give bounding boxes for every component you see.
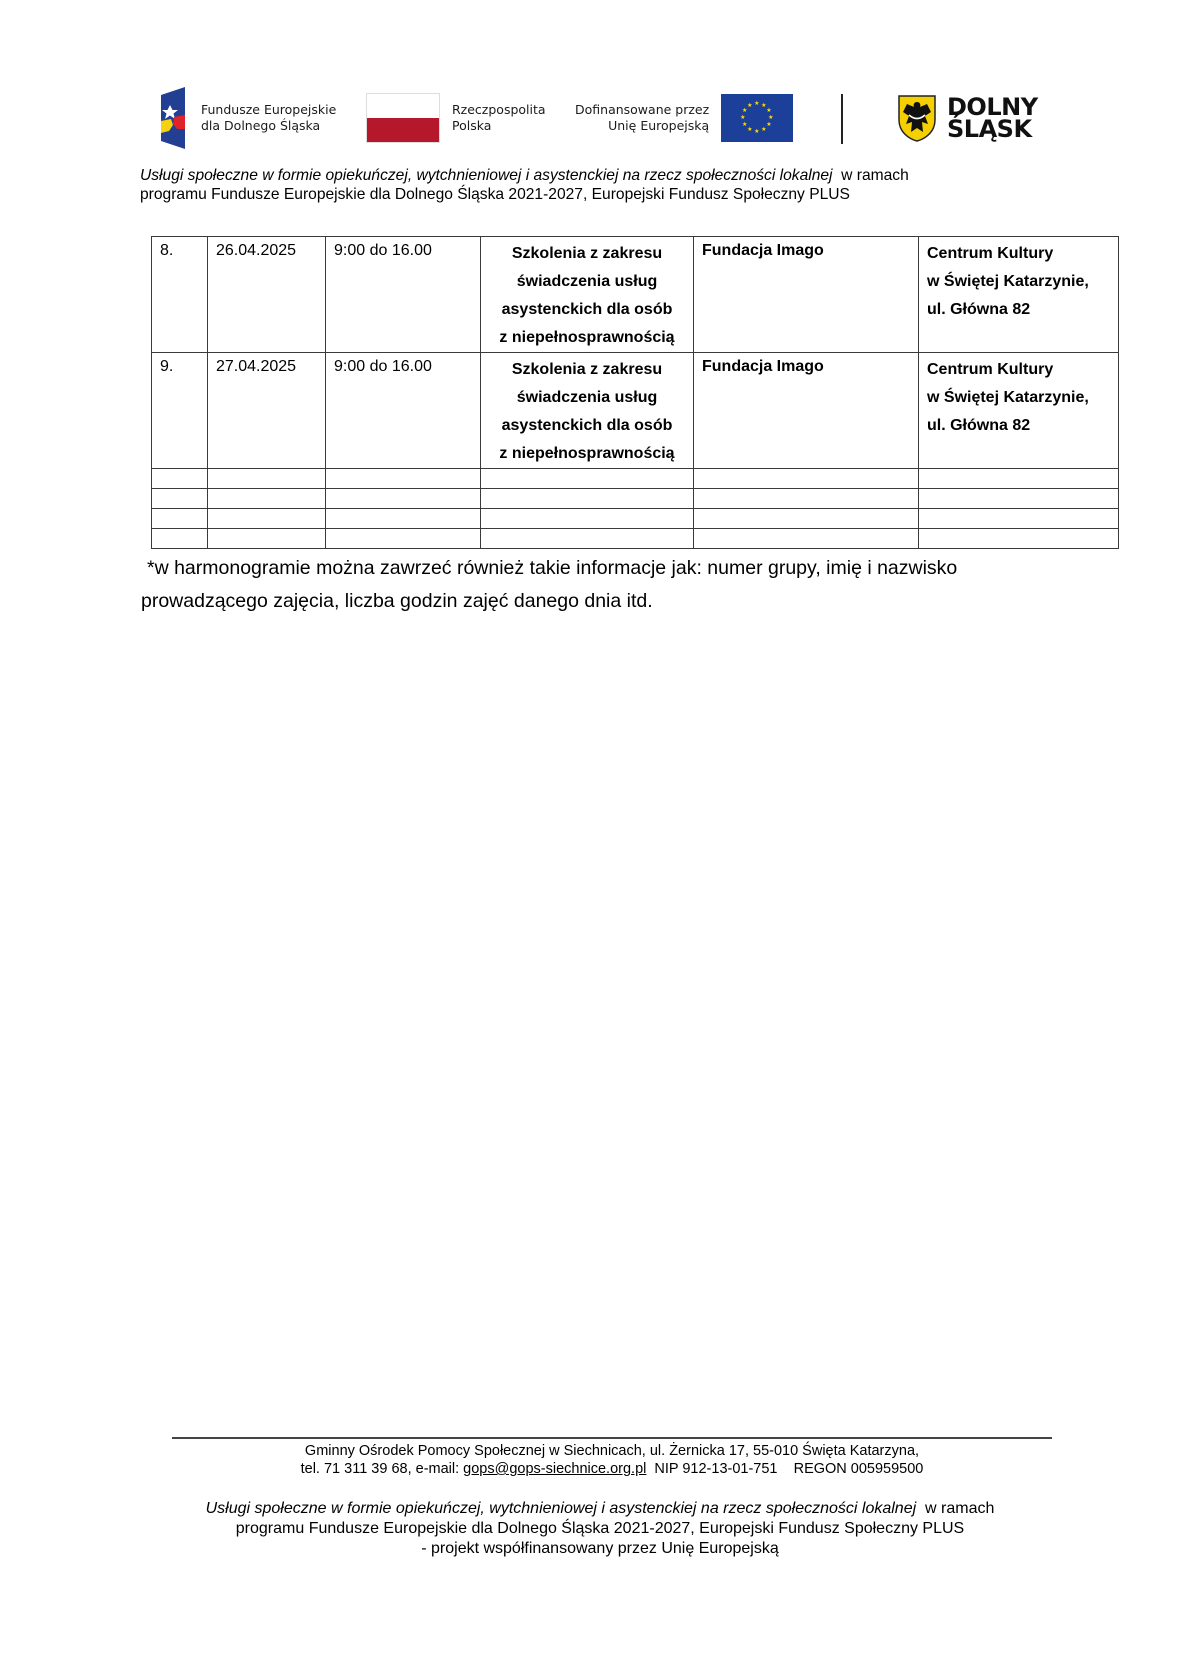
cell-topic-line: świadczenia usług xyxy=(489,268,685,296)
empty-cell xyxy=(208,489,326,509)
cell-date: 26.04.2025 xyxy=(208,237,326,353)
eu-star-icon: ★ xyxy=(761,127,766,133)
empty-cell xyxy=(152,529,208,549)
ds-logo-line2: ŚLĄSK xyxy=(947,118,1038,140)
eu-star-icon: ★ xyxy=(740,115,745,121)
eu-star-icon: ★ xyxy=(768,115,773,121)
empty-cell xyxy=(208,529,326,549)
footer-tel: tel. 71 311 39 68, e-mail: xyxy=(301,1461,464,1477)
cell-organizer: Fundacja Imago xyxy=(694,237,919,353)
footer-contact: Gminny Ośrodek Pomocy Społecznej w Siech… xyxy=(172,1442,1052,1478)
polish-flag-icon xyxy=(366,93,440,143)
empty-cell xyxy=(208,509,326,529)
cell-topic-line: świadczenia usług xyxy=(489,384,685,412)
note-line2: prowadzącego zajęcia, liczba godzin zaję… xyxy=(141,585,1101,618)
footer-project-line2: programu Fundusze Europejskie dla Dolneg… xyxy=(140,1519,1060,1539)
eu-flag-icon: ★★★★★★★★★★★★ xyxy=(721,94,793,142)
eu-star-icon: ★ xyxy=(747,127,752,133)
cell-time: 9:00 do 16.00 xyxy=(326,237,481,353)
cell-date: 27.04.2025 xyxy=(208,353,326,469)
fe-logo-line2: dla Dolnego Śląska xyxy=(201,118,336,134)
empty-cell xyxy=(481,489,694,509)
empty-cell xyxy=(481,529,694,549)
cell-number: 9. xyxy=(152,353,208,469)
dolny-slask-logo: DOLNY ŚLĄSK xyxy=(897,84,1038,152)
pl-logo-line1: Rzeczpospolita xyxy=(452,102,546,118)
empty-cell xyxy=(326,509,481,529)
empty-cell xyxy=(152,489,208,509)
cell-topic-line: asystenckich dla osób xyxy=(489,296,685,324)
empty-cell xyxy=(326,469,481,489)
empty-cell xyxy=(152,509,208,529)
eu-star-icon: ★ xyxy=(742,108,747,114)
cell-place-line: w Świętej Katarzynie, xyxy=(927,268,1110,296)
empty-table-row xyxy=(152,489,1119,509)
fundusze-europejskie-logo: Fundusze Europejskie dla Dolnego Śląska xyxy=(157,84,336,152)
empty-cell xyxy=(152,469,208,489)
empty-cell xyxy=(208,469,326,489)
footer-divider xyxy=(172,1437,1052,1439)
eu-star-icon: ★ xyxy=(766,108,771,114)
cell-topic-line: Szkolenia z zakresu xyxy=(489,240,685,268)
cell-topic-line: z niepełnosprawnością xyxy=(489,440,685,468)
logo-divider xyxy=(841,94,843,144)
dolny-slask-coat-of-arms-icon xyxy=(897,94,937,142)
cell-place-line: Centrum Kultury xyxy=(927,356,1110,384)
logo-bar: Fundusze Europejskie dla Dolnego Śląska … xyxy=(150,84,1050,152)
eu-star-icon: ★ xyxy=(754,129,759,135)
empty-cell xyxy=(694,469,919,489)
empty-cell xyxy=(694,529,919,549)
cell-topic-line: z niepełnosprawnością xyxy=(489,324,685,352)
cell-place: Centrum Kulturyw Świętej Katarzynie,ul. … xyxy=(919,237,1119,353)
empty-cell xyxy=(919,469,1119,489)
empty-cell xyxy=(919,529,1119,549)
empty-cell xyxy=(919,489,1119,509)
footer-project-regular: w ramach xyxy=(916,1500,994,1517)
cell-place-line: w Świętej Katarzynie, xyxy=(927,384,1110,412)
table-row: 9.27.04.20259:00 do 16.00Szkolenia z zak… xyxy=(152,353,1119,469)
empty-cell xyxy=(919,509,1119,529)
fundusze-europejskie-icon xyxy=(157,87,187,149)
eu-cofinancing-logo: Dofinansowane przez Unię Europejską ★★★★… xyxy=(575,84,793,152)
fe-logo-line1: Fundusze Europejskie xyxy=(201,102,336,118)
cell-place-line: Centrum Kultury xyxy=(927,240,1110,268)
footer-email-link[interactable]: gops@gops-siechnice.org.pl xyxy=(463,1461,646,1477)
empty-cell xyxy=(481,469,694,489)
eu-star-icon: ★ xyxy=(742,122,747,128)
rzeczpospolita-polska-logo: Rzeczpospolita Polska xyxy=(366,84,546,152)
footer-project-line3: - projekt współfinansowany przez Unię Eu… xyxy=(140,1539,1060,1559)
header-regular-text: w ramach xyxy=(833,167,909,184)
eu-logo-line2: Unię Europejską xyxy=(575,118,709,134)
cell-number: 8. xyxy=(152,237,208,353)
footer-address: Gminny Ośrodek Pomocy Społecznej w Siech… xyxy=(172,1442,1052,1460)
header-line2: programu Fundusze Europejskie dla Dolneg… xyxy=(140,185,1060,204)
empty-cell xyxy=(694,489,919,509)
footer-project-italic: Usługi społeczne w formie opiekuńczej, w… xyxy=(206,1500,917,1517)
eu-star-icon: ★ xyxy=(754,101,759,107)
empty-cell xyxy=(326,489,481,509)
footer-project-info: Usługi społeczne w formie opiekuńczej, w… xyxy=(140,1499,1060,1559)
footer-nip-regon: NIP 912-13-01-751 REGON 005959500 xyxy=(646,1461,923,1477)
eu-star-icon: ★ xyxy=(766,122,771,128)
eu-logo-line1: Dofinansowane przez xyxy=(575,102,709,118)
cell-topic: Szkolenia z zakresuświadczenia usługasys… xyxy=(481,353,694,469)
note-line1: *w harmonogramie można zawrzeć również t… xyxy=(141,552,1101,585)
schedule-note: *w harmonogramie można zawrzeć również t… xyxy=(141,552,1101,618)
cell-place-line: ul. Główna 82 xyxy=(927,412,1110,440)
cell-place: Centrum Kulturyw Świętej Katarzynie,ul. … xyxy=(919,353,1119,469)
cell-topic-line: Szkolenia z zakresu xyxy=(489,356,685,384)
cell-time: 9:00 do 16.00 xyxy=(326,353,481,469)
project-header: Usługi społeczne w formie opiekuńczej, w… xyxy=(140,166,1060,204)
schedule-table: 8.26.04.20259:00 do 16.00Szkolenia z zak… xyxy=(151,236,1119,549)
cell-organizer: Fundacja Imago xyxy=(694,353,919,469)
cell-place-line: ul. Główna 82 xyxy=(927,296,1110,324)
header-italic-text: Usługi społeczne w formie opiekuńczej, w… xyxy=(140,167,833,184)
table-row: 8.26.04.20259:00 do 16.00Szkolenia z zak… xyxy=(152,237,1119,353)
cell-topic: Szkolenia z zakresuświadczenia usługasys… xyxy=(481,237,694,353)
empty-table-row xyxy=(152,509,1119,529)
empty-cell xyxy=(694,509,919,529)
empty-table-row xyxy=(152,469,1119,489)
empty-cell xyxy=(481,509,694,529)
empty-cell xyxy=(326,529,481,549)
empty-table-row xyxy=(152,529,1119,549)
eu-star-icon: ★ xyxy=(747,103,752,109)
pl-logo-line2: Polska xyxy=(452,118,546,134)
cell-topic-line: asystenckich dla osób xyxy=(489,412,685,440)
